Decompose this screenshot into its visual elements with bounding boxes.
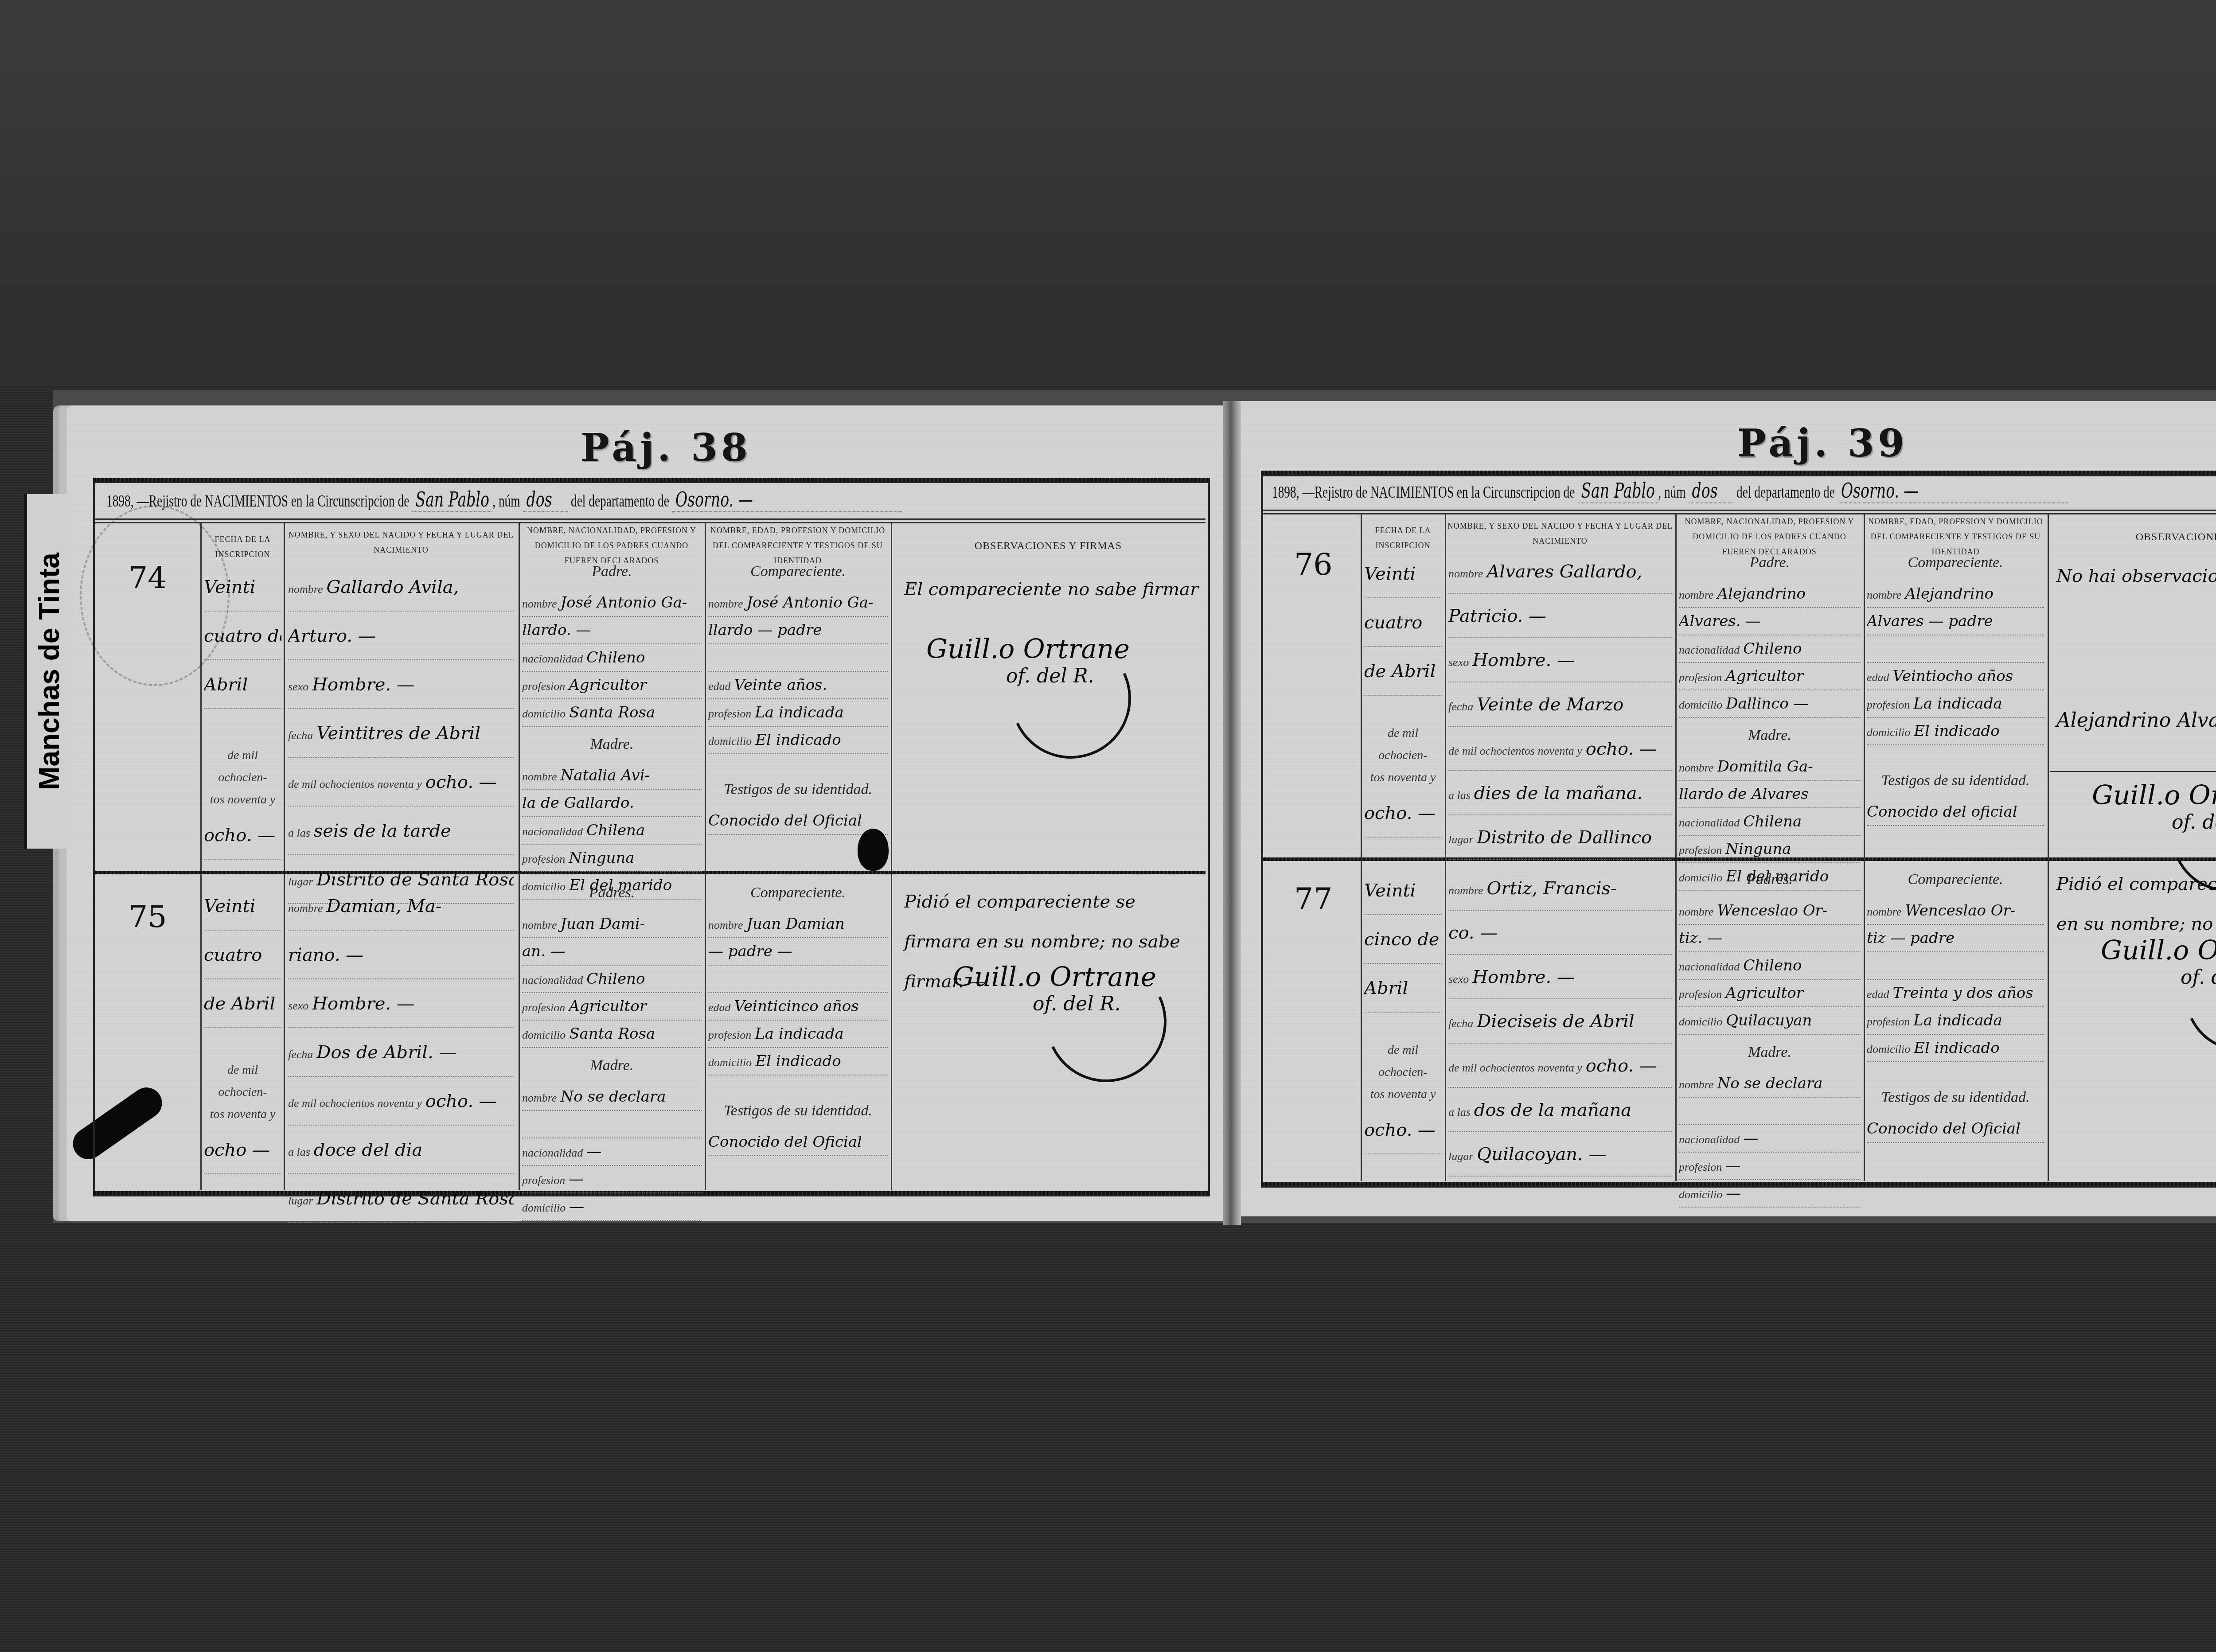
entry-76-nacido: nombreAlvares Gallardo, Patricio. — sexo… xyxy=(1448,549,1672,860)
col-divider xyxy=(2048,514,2049,1181)
entry-75-padres: Padres. nombreJuan Dami- an. — nacionali… xyxy=(522,875,702,1221)
header-circunscripcion: San Pablo xyxy=(1578,479,1658,503)
entry-77-observaciones: Pidió el compareciente se firmara en su … xyxy=(2056,864,2216,944)
entry-75-fecha: Veinti cuatro de Abril de mil ochocien-t… xyxy=(204,882,281,1174)
header-num-label: , núm xyxy=(492,492,520,510)
entry-77-nacido: nombreOrtiz, Francis- co. — sexoHombre. … xyxy=(1448,866,1672,1177)
entry-number: 77 xyxy=(1294,882,1333,917)
left-top-border xyxy=(93,478,1210,481)
entry-74-nacido: nombreGallardo Avila, Arturo. — sexoHomb… xyxy=(288,563,514,904)
entry-77-padres: Padres. nombreWenceslao Or- tiz. — nacio… xyxy=(1679,862,1861,1208)
col-header-nacido: Nombre, y sexo del nacido y fecha y luga… xyxy=(286,527,516,557)
entry-75-compareciente: Compareciente. nombreJuan Damian — padre… xyxy=(708,875,888,1156)
entry-75-nacido: nombreDamian, Ma- riano. — sexoHombre. —… xyxy=(288,882,514,1223)
col-header-observaciones: Observaciones y firmas xyxy=(2050,530,2216,545)
book-gutter xyxy=(1223,401,1241,1225)
col-header-fecha: Fecha de la inscripcion xyxy=(202,532,284,562)
col-divider xyxy=(519,523,520,1190)
col-header-observaciones: Observaciones y firmas xyxy=(893,538,1203,553)
entry-number: 76 xyxy=(1294,547,1333,582)
entry-76-fecha: Veinti cuatro de Abril de mil ochocien-t… xyxy=(1364,549,1442,838)
col-divider xyxy=(1361,514,1362,1181)
entry-number: 74 xyxy=(129,561,167,596)
background-top xyxy=(0,0,2216,386)
header-num: dos xyxy=(1689,479,1733,503)
header-dept-label: del departamento de xyxy=(571,492,669,510)
ink-stain-tab: Manchas de Tinta xyxy=(24,494,71,849)
right-top-border xyxy=(1261,471,2216,474)
header-title: , —Rejistro de NACIMIENTOS en la Circuns… xyxy=(1296,483,1575,502)
entry-74-observaciones: El compareciente no sabe firmar xyxy=(904,569,1201,609)
col-divider xyxy=(705,523,706,1190)
header-rule xyxy=(95,518,1206,520)
ink-blot xyxy=(858,829,889,871)
header-num: dos xyxy=(523,487,568,512)
header-departamento: Osorno. — xyxy=(672,487,902,512)
col-divider xyxy=(1675,514,1677,1181)
header-num-label: , núm xyxy=(1658,483,1685,502)
right-register-header: 1898, —Rejistro de NACIMIENTOS en la Cir… xyxy=(1272,479,2068,503)
page-number-39: Páj. 39 xyxy=(1737,421,1908,466)
left-register-header: 1898, —Rejistro de NACIMIENTOS en la Cir… xyxy=(106,487,902,512)
header-title: , —Rejistro de NACIMIENTOS en la Circuns… xyxy=(131,492,410,510)
entry-74-fecha: Veinti cuatro de Abril de mil ochocien-t… xyxy=(204,563,281,860)
col-divider xyxy=(284,523,285,1190)
header-year: 1898 xyxy=(1272,483,1296,502)
entry-76-compareciente-signature: Alejandrino Alvarez xyxy=(2056,709,2216,732)
col-divider xyxy=(1445,514,1446,1181)
signature-divider xyxy=(2050,771,2216,772)
header-rule xyxy=(1263,510,2216,511)
col-header-nacido: Nombre, y sexo del nacido y fecha y luga… xyxy=(1447,518,1673,549)
entry-76-padres: Padre. nombreAlejandrino Alvares. — naci… xyxy=(1679,545,1861,891)
entry-77-compareciente: Compareciente. nombreWenceslao Or- tiz —… xyxy=(1867,862,2044,1143)
header-departamento: Osorno. — xyxy=(1838,479,2068,503)
ink-stain-label: Manchas de Tinta xyxy=(33,553,66,790)
col-divider xyxy=(1864,514,1865,1181)
entry-74-compareciente: Compareciente. nombreJosé Antonio Ga- ll… xyxy=(708,554,888,835)
header-circunscripcion: San Pablo xyxy=(412,487,492,512)
entry-76-observaciones: No hai observaciones xyxy=(2056,556,2216,596)
col-divider xyxy=(891,523,892,1190)
col-header-fecha: Fecha de la inscripcion xyxy=(1362,523,1444,553)
entry-77-fecha: Veinti cinco de Abril de mil ochocien-to… xyxy=(1364,866,1442,1154)
entry-74-padres: Padre. nombreJosé Antonio Ga- llardo. — … xyxy=(522,554,702,900)
page-number-38: Páj. 38 xyxy=(581,425,751,470)
col-divider xyxy=(200,523,202,1190)
header-dept-label: del departamento de xyxy=(1736,483,1835,502)
header-year: 1898 xyxy=(106,492,131,510)
entry-76-compareciente: Compareciente. nombreAlejandrino Alvares… xyxy=(1867,545,2044,826)
entry-number: 75 xyxy=(129,900,167,935)
